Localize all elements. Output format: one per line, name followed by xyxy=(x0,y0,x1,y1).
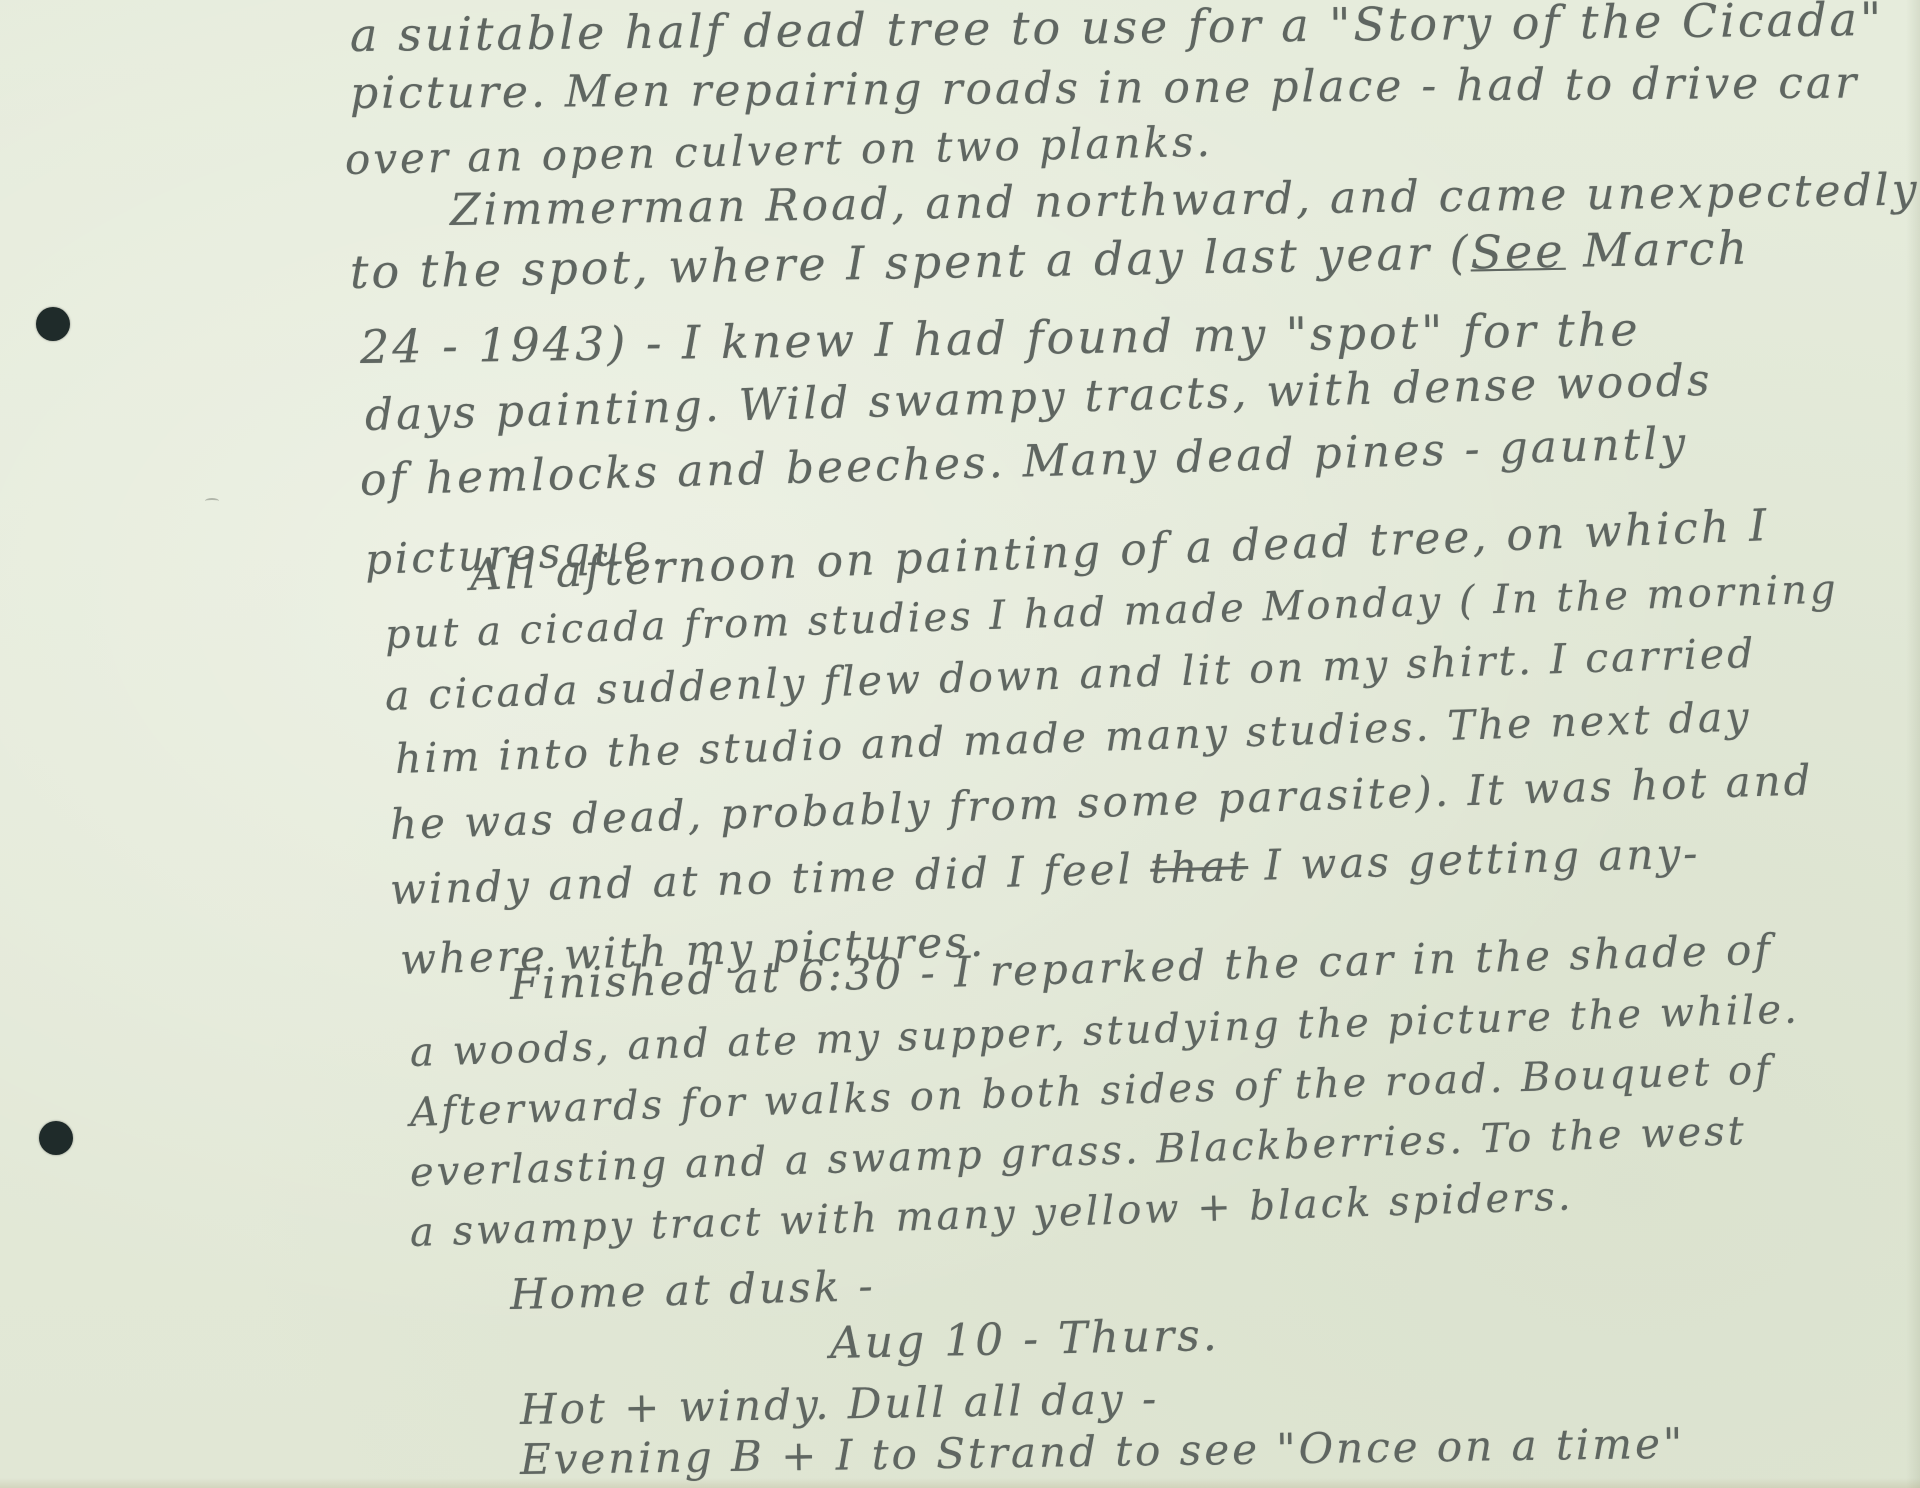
paper-bottom-stain xyxy=(0,1478,1920,1488)
text-line: Home at dusk - xyxy=(509,1261,876,1319)
text-line: over an open culvert on two planks. xyxy=(344,117,1213,184)
text-segment: I was getting any- xyxy=(1247,828,1701,890)
punch-hole-top xyxy=(36,307,70,341)
pencil-smudge xyxy=(205,498,219,504)
text-line: Hot + windy. Dull all day - xyxy=(520,1374,1160,1434)
underlined-word: See xyxy=(1470,224,1566,280)
entry-date-heading: Aug 10 - Thurs. xyxy=(829,1310,1220,1369)
struck-through-word: that xyxy=(1150,841,1249,893)
text-line: picture. Men repairing roads in one plac… xyxy=(350,57,1860,119)
diary-page: a suitable half dead tree to use for a "… xyxy=(0,0,1920,1488)
paper-edge-shadow xyxy=(1906,0,1920,1488)
text-segment: to the spot, where I spent a day last ye… xyxy=(350,225,1471,299)
text-line: a suitable half dead tree to use for a "… xyxy=(350,0,1885,62)
text-segment: windy and at no time did I feel xyxy=(389,844,1151,914)
text-segment: March xyxy=(1565,221,1750,278)
punch-hole-bottom xyxy=(39,1121,73,1155)
